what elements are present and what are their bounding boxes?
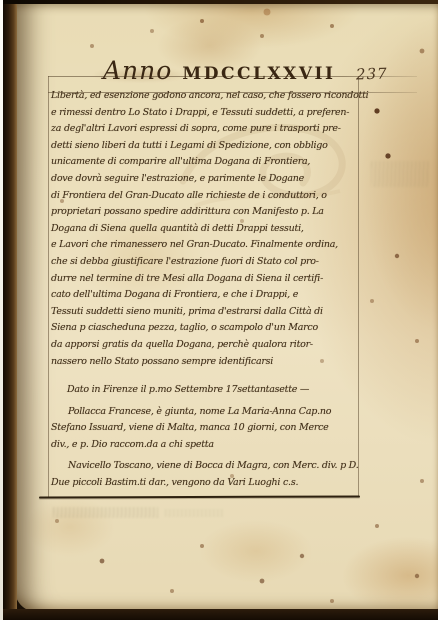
manuscript-line: detti sieno liberi da tutti i Legami di … — [51, 138, 357, 155]
manuscript-body: Libertà, ed esenzione godono ancora, nel… — [51, 88, 357, 492]
page-header: Anno MDCCLXXVII — [103, 56, 353, 88]
book-bottom-edge — [0, 609, 438, 620]
entry-line: Stefano Issuard, viene di Malta, manca 1… — [51, 420, 357, 437]
dateline: Dato in Firenze il p.mo Settembre 17sett… — [51, 382, 357, 399]
manuscript-line: za degl'altri Lavori espressi di sopra, … — [51, 121, 357, 138]
entry-line: Due piccoli Bastim.ti dar., vengono da V… — [51, 475, 357, 492]
entry-line: Pollacca Francese, è giunta, nome La Mar… — [51, 404, 357, 421]
manuscript-line: Libertà, ed esenzione godono ancora, nel… — [51, 88, 357, 105]
page-number: 237 — [356, 64, 388, 83]
manuscript-line: unicamente di comparire all'ultima Dogan… — [51, 154, 357, 171]
book-photo: Anno MDCCLXXVII 237 Libertà, ed esenzion… — [0, 0, 438, 620]
entry-paragraph: Navicello Toscano, viene di Bocca di Mag… — [51, 458, 357, 491]
manuscript-line: Siena p ciascheduna pezza, taglio, o sca… — [51, 320, 357, 337]
manuscript-line: durre nel termine di tre Mesi alla Dogan… — [51, 271, 357, 288]
manuscript-line: dove dovrà seguire l'estrazione, e parim… — [51, 171, 357, 188]
entry-line: Navicello Toscano, viene di Bocca di Mag… — [51, 458, 357, 475]
manuscript-line: Tessuti suddetti sieno muniti, prima d'e… — [51, 304, 357, 321]
manuscript-line: e Lavori che rimanessero nel Gran-Ducato… — [51, 237, 357, 254]
manuscript-page: Anno MDCCLXXVII 237 Libertà, ed esenzion… — [15, 3, 438, 612]
entry-line: div., e p. Dio raccom.da a chi spetta — [51, 437, 357, 454]
bleedthrough-smudge — [371, 161, 429, 187]
entry-paragraph: Pollacca Francese, è giunta, nome La Mar… — [51, 404, 357, 454]
manuscript-line: proprietari possano spedire addirittura … — [51, 204, 357, 221]
scan-white-edge — [0, 0, 3, 620]
manuscript-line: che si debba giustificare l'estrazione f… — [51, 254, 357, 271]
book-binding-edge — [2, 0, 17, 620]
frame-left-rule — [48, 76, 49, 497]
manuscript-line: Dogana di Siena quella quantità di detti… — [51, 221, 357, 238]
header-year-roman: MDCCLXXVII — [182, 64, 335, 84]
manuscript-line: cato dell'ultima Dogana di Frontiera, e … — [51, 287, 357, 304]
manuscript-line: di Frontiera del Gran-Ducato alle richie… — [51, 188, 357, 205]
manuscript-line: e rimessi dentro Lo Stato i Drappi, e Te… — [51, 105, 357, 122]
manuscript-line: da apporsi gratis da quella Dogana, perc… — [51, 337, 357, 354]
manuscript-line: nassero nello Stato possano sempre ident… — [51, 354, 357, 371]
closing-rule — [39, 495, 360, 499]
frame-right-rule — [358, 76, 359, 497]
page-top-shadow — [0, 0, 438, 4]
bleedthrough-smudge — [53, 507, 158, 518]
header-anno: Anno — [103, 56, 172, 85]
bleedthrough-smudge — [165, 509, 225, 517]
